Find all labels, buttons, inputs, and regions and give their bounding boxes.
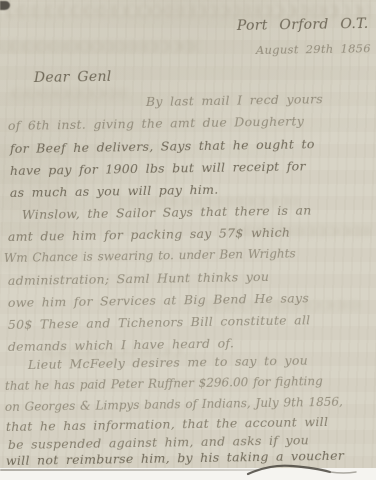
date-line: August 29th 1856 <box>256 41 371 57</box>
place-line: Port Orford O.T. <box>237 16 369 34</box>
curled-paper-edge <box>0 460 376 480</box>
letter-scan: Port Orford O.T. August 29th 1856 Dear G… <box>0 0 376 480</box>
letter-line: By last mail I recd yours <box>146 91 323 109</box>
salutation-line: Dear Genl <box>34 69 112 86</box>
